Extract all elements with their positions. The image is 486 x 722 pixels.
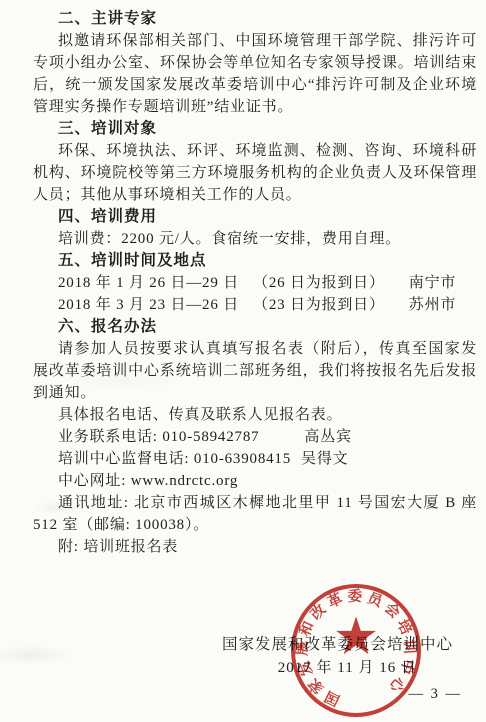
contact-row-business: 业务联系电话: 010-58942787 高丛宾 bbox=[33, 426, 477, 448]
contact-phone-business: 业务联系电话: 010-58942787 bbox=[58, 426, 259, 448]
issue-date: 2017 年 11 月 16 日 bbox=[278, 656, 417, 677]
issuer-signature: 国家发展和改革委员会培训中心 bbox=[222, 632, 453, 654]
section-heading-schedule: 五、培训时间及地点 bbox=[33, 250, 477, 272]
section-experts: 二、主讲专家 拟邀请环保部相关部门、中国环境管理干部学院、排污许可专项小组办公室… bbox=[33, 8, 477, 118]
section-audience: 三、培训对象 环保、环境执法、环评、环境监测、检测、咨询、环境科研机构、环境院校… bbox=[33, 118, 477, 206]
schedule-row-1: 2018 年 1 月 26 日—29 日 （26 日为报到日） 南宁市 bbox=[33, 272, 477, 294]
section-schedule: 五、培训时间及地点 2018 年 1 月 26 日—29 日 （26 日为报到日… bbox=[33, 250, 477, 316]
section-heading-experts: 二、主讲专家 bbox=[33, 8, 477, 30]
contact-phone-supervision: 培训中心监督电话: 010-63908415 bbox=[58, 448, 291, 470]
page-number: — 3 — bbox=[409, 686, 463, 703]
paragraph-fee: 培训费：2200 元/人。食宿统一安排，费用自理。 bbox=[33, 228, 477, 250]
schedule-note: （26 日为报到日） bbox=[253, 272, 385, 294]
attachment-line: 附: 培训班报名表 bbox=[33, 536, 477, 558]
address-line: 通讯地址: 北京市西城区木樨地北里甲 11 号国宏大厦 B 座 512 室（邮编… bbox=[33, 492, 477, 536]
paragraph-experts: 拟邀请环保部相关部门、中国环境管理干部学院、排污许可专项小组办公室、环保协会等单… bbox=[33, 30, 477, 118]
schedule-date: 2018 年 1 月 26 日—29 日 bbox=[58, 272, 239, 294]
schedule-city: 南宁市 bbox=[409, 272, 456, 294]
website-line: 中心网址: www.ndrctc.org bbox=[33, 470, 477, 492]
paragraph-registration: 请参加人员按要求认真填写报名表（附后），传真至国家发展改革委培训中心系统培训二部… bbox=[33, 338, 477, 404]
section-heading-fee: 四、培训费用 bbox=[33, 206, 477, 228]
section-fee: 四、培训费用 培训费：2200 元/人。食宿统一安排，费用自理。 bbox=[33, 206, 477, 250]
schedule-city: 苏州市 bbox=[409, 294, 456, 316]
schedule-date: 2018 年 3 月 23 日—26 日 bbox=[58, 294, 239, 316]
contact-row-supervision: 培训中心监督电话: 010-63908415 吴得文 bbox=[33, 448, 477, 470]
schedule-note: （23 日为报到日） bbox=[253, 294, 385, 316]
section-heading-audience: 三、培训对象 bbox=[33, 118, 477, 140]
schedule-row-2: 2018 年 3 月 23 日—26 日 （23 日为报到日） 苏州市 bbox=[33, 294, 477, 316]
document-page: 二、主讲专家 拟邀请环保部相关部门、中国环境管理干部学院、排污许可专项小组办公室… bbox=[0, 0, 486, 722]
section-heading-registration: 六、报名办法 bbox=[33, 316, 477, 338]
contact-person: 高丛宾 bbox=[304, 426, 351, 448]
document-body: 二、主讲专家 拟邀请环保部相关部门、中国环境管理干部学院、排污许可专项小组办公室… bbox=[33, 8, 477, 558]
contact-person: 吴得文 bbox=[301, 448, 348, 470]
section-registration: 六、报名办法 请参加人员按要求认真填写报名表（附后），传真至国家发展改革委培训中… bbox=[33, 316, 477, 558]
paragraph-registration-note: 具体报名电话、传真及联系人见报名表。 bbox=[33, 404, 477, 426]
paragraph-audience: 环保、环境执法、环评、环境监测、检测、咨询、环境科研机构、环境院校等第三方环境服… bbox=[33, 140, 477, 206]
